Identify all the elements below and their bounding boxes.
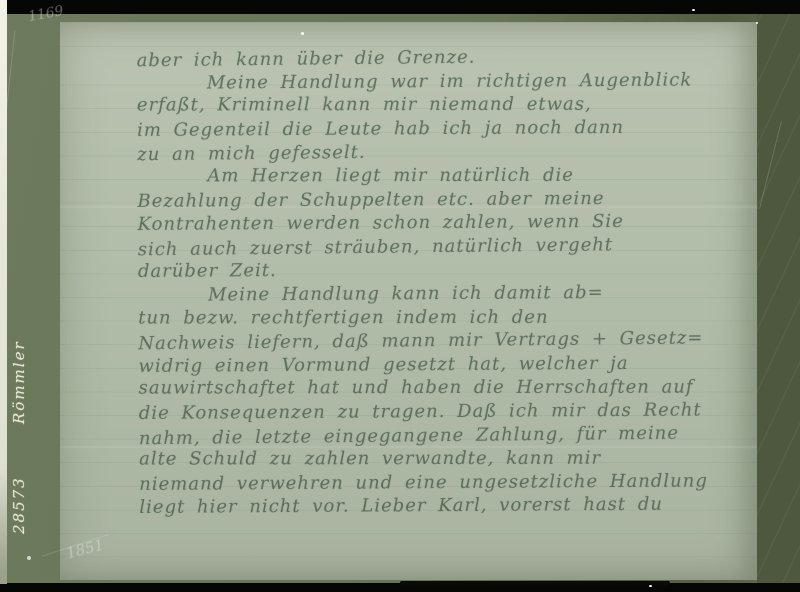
letter-line: erfaßt, Kriminell kann mir niemand etwas… [137, 93, 757, 118]
white-film-edge [0, 0, 7, 584]
edge-plate-number: 28573 [10, 438, 28, 534]
dust-speck [301, 32, 304, 35]
dust-speck [692, 9, 695, 11]
letter-line: Am Herzen liegt mir natürlich die [137, 163, 757, 188]
plate-right-dark-band [757, 0, 800, 592]
dust-speck [27, 556, 31, 560]
dust-speck [756, 22, 758, 24]
letter-line: widrig einen Vormund gesetzt hat, welche… [138, 351, 758, 378]
letter-line: sauwirtschaftet hat und haben die Herrsc… [139, 376, 759, 401]
black-bottom-edge-detail [400, 581, 670, 585]
letter-line: Meine Handlung kann ich damit ab= [138, 280, 758, 307]
letter-line: alte Schuld zu zahlen verwandte, kann mi… [139, 447, 759, 472]
letter-paper: aber ich kann über die Grenze.Meine Hand… [60, 22, 757, 580]
photographed-letter-plate: aber ich kann über die Grenze.Meine Hand… [0, 0, 800, 592]
glossy-streaks [757, 0, 800, 592]
edge-handwritten-name: Römmler [10, 292, 28, 424]
letter-lines: aber ich kann über die Grenze.Meine Hand… [137, 44, 760, 520]
dust-speck [649, 585, 652, 587]
letter-line: liegt hier nicht vor. Lieber Karl, vorer… [139, 492, 759, 519]
black-top-edge [0, 0, 800, 14]
letter-line: niemand verwehren und eine ungesetzliche… [139, 469, 759, 496]
handwritten-letter-text: aber ich kann über die Grenze.Meine Hand… [137, 44, 760, 520]
